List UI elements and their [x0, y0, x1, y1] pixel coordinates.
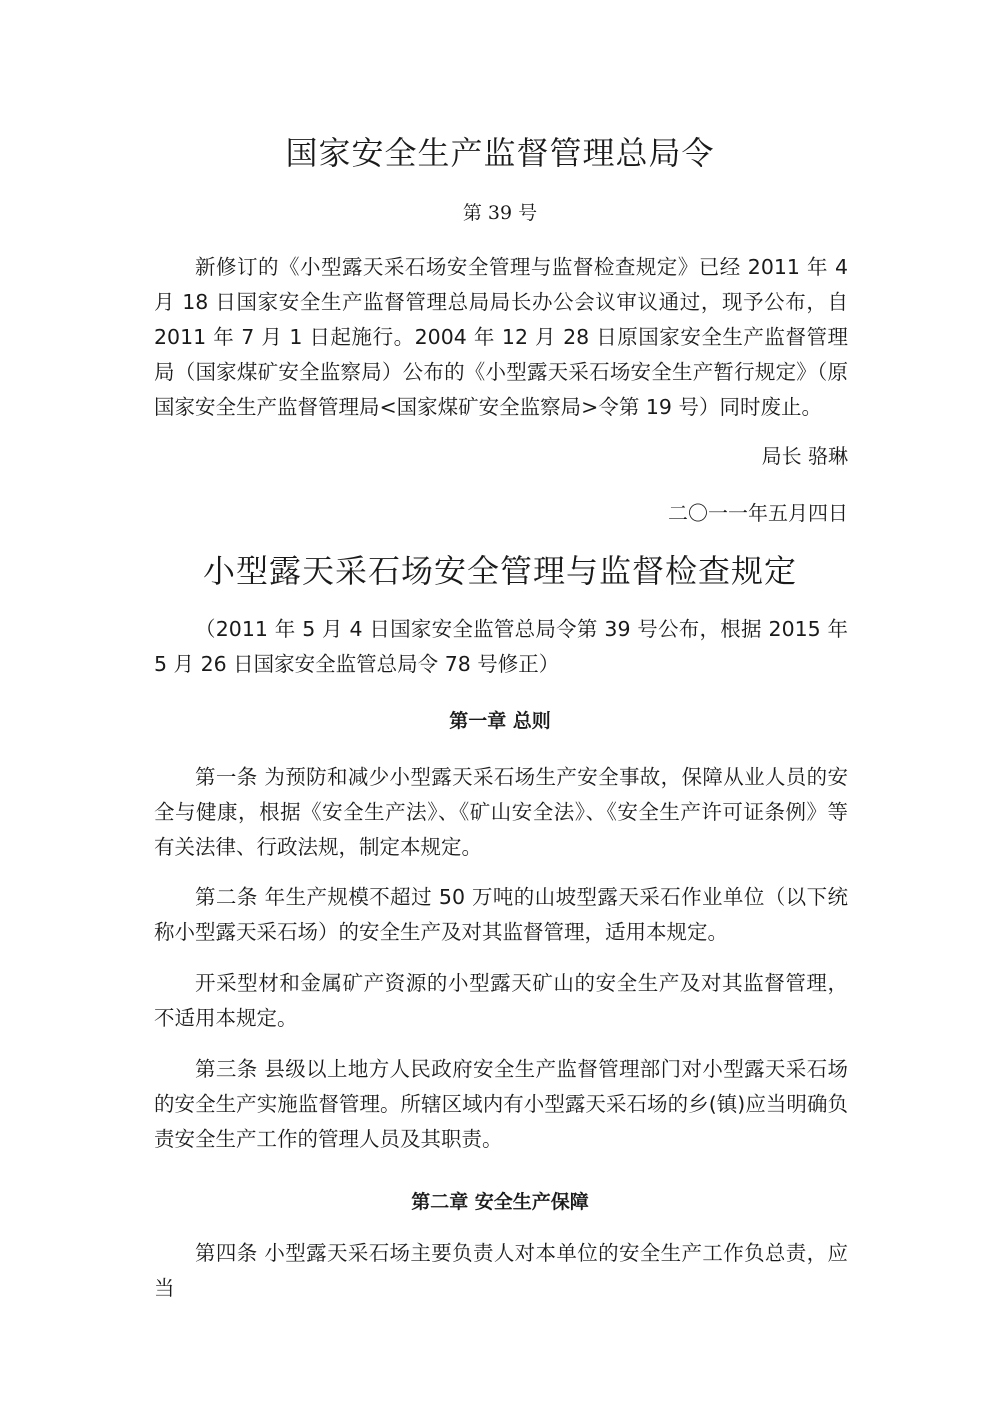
article-text: 第二条 年生产规模不超过 50 万吨的山坡型露天采石作业单位（以下统称小型露天采… [154, 880, 848, 950]
chapter-heading-2: 第二章 安全生产保障 [0, 1187, 1000, 1214]
article-text: 第三条 县级以上地方人民政府安全生产监督管理部门对小型露天采石场的安全生产实施监… [154, 1052, 848, 1157]
signatory: 局长 骆琳 [762, 440, 848, 469]
article-4: 第四条 小型露天采石场主要负责人对本单位的安全生产工作负总责，应当 [154, 1236, 848, 1306]
document-page: 国家安全生产监督管理总局令 第 39 号 新修订的《小型露天采石场安全管理与监督… [0, 0, 1000, 1414]
decree-title: 国家安全生产监督管理总局令 [0, 128, 1000, 174]
article-text: 开采型材和金属矿产资源的小型露天矿山的安全生产及对其监督管理，不适用本规定。 [154, 966, 848, 1036]
article-2-paragraph-2: 开采型材和金属矿产资源的小型露天矿山的安全生产及对其监督管理，不适用本规定。 [154, 966, 848, 1036]
decree-body-text: 新修订的《小型露天采石场安全管理与监督检查规定》已经 2011 年 4 月 18… [154, 250, 848, 425]
article-3: 第三条 县级以上地方人民政府安全生产监督管理部门对小型露天采石场的安全生产实施监… [154, 1052, 848, 1157]
chapter-heading-1: 第一章 总则 [0, 706, 1000, 733]
decree-body: 新修订的《小型露天采石场安全管理与监督检查规定》已经 2011 年 4 月 18… [154, 250, 848, 425]
regulation-note-text: （2011 年 5 月 4 日国家安全监管总局令第 39 号公布，根据 2015… [154, 612, 848, 682]
regulation-title: 小型露天采石场安全管理与监督检查规定 [0, 546, 1000, 592]
article-text: 第一条 为预防和减少小型露天采石场生产安全事故，保障从业人员的安全与健康，根据《… [154, 760, 848, 865]
article-2: 第二条 年生产规模不超过 50 万吨的山坡型露天采石作业单位（以下统称小型露天采… [154, 880, 848, 950]
decree-date: 二〇一一年五月四日 [668, 497, 848, 526]
regulation-note: （2011 年 5 月 4 日国家安全监管总局令第 39 号公布，根据 2015… [154, 612, 848, 682]
decree-number: 第 39 号 [0, 198, 1000, 225]
article-1: 第一条 为预防和减少小型露天采石场生产安全事故，保障从业人员的安全与健康，根据《… [154, 760, 848, 865]
article-text: 第四条 小型露天采石场主要负责人对本单位的安全生产工作负总责，应当 [154, 1236, 848, 1306]
